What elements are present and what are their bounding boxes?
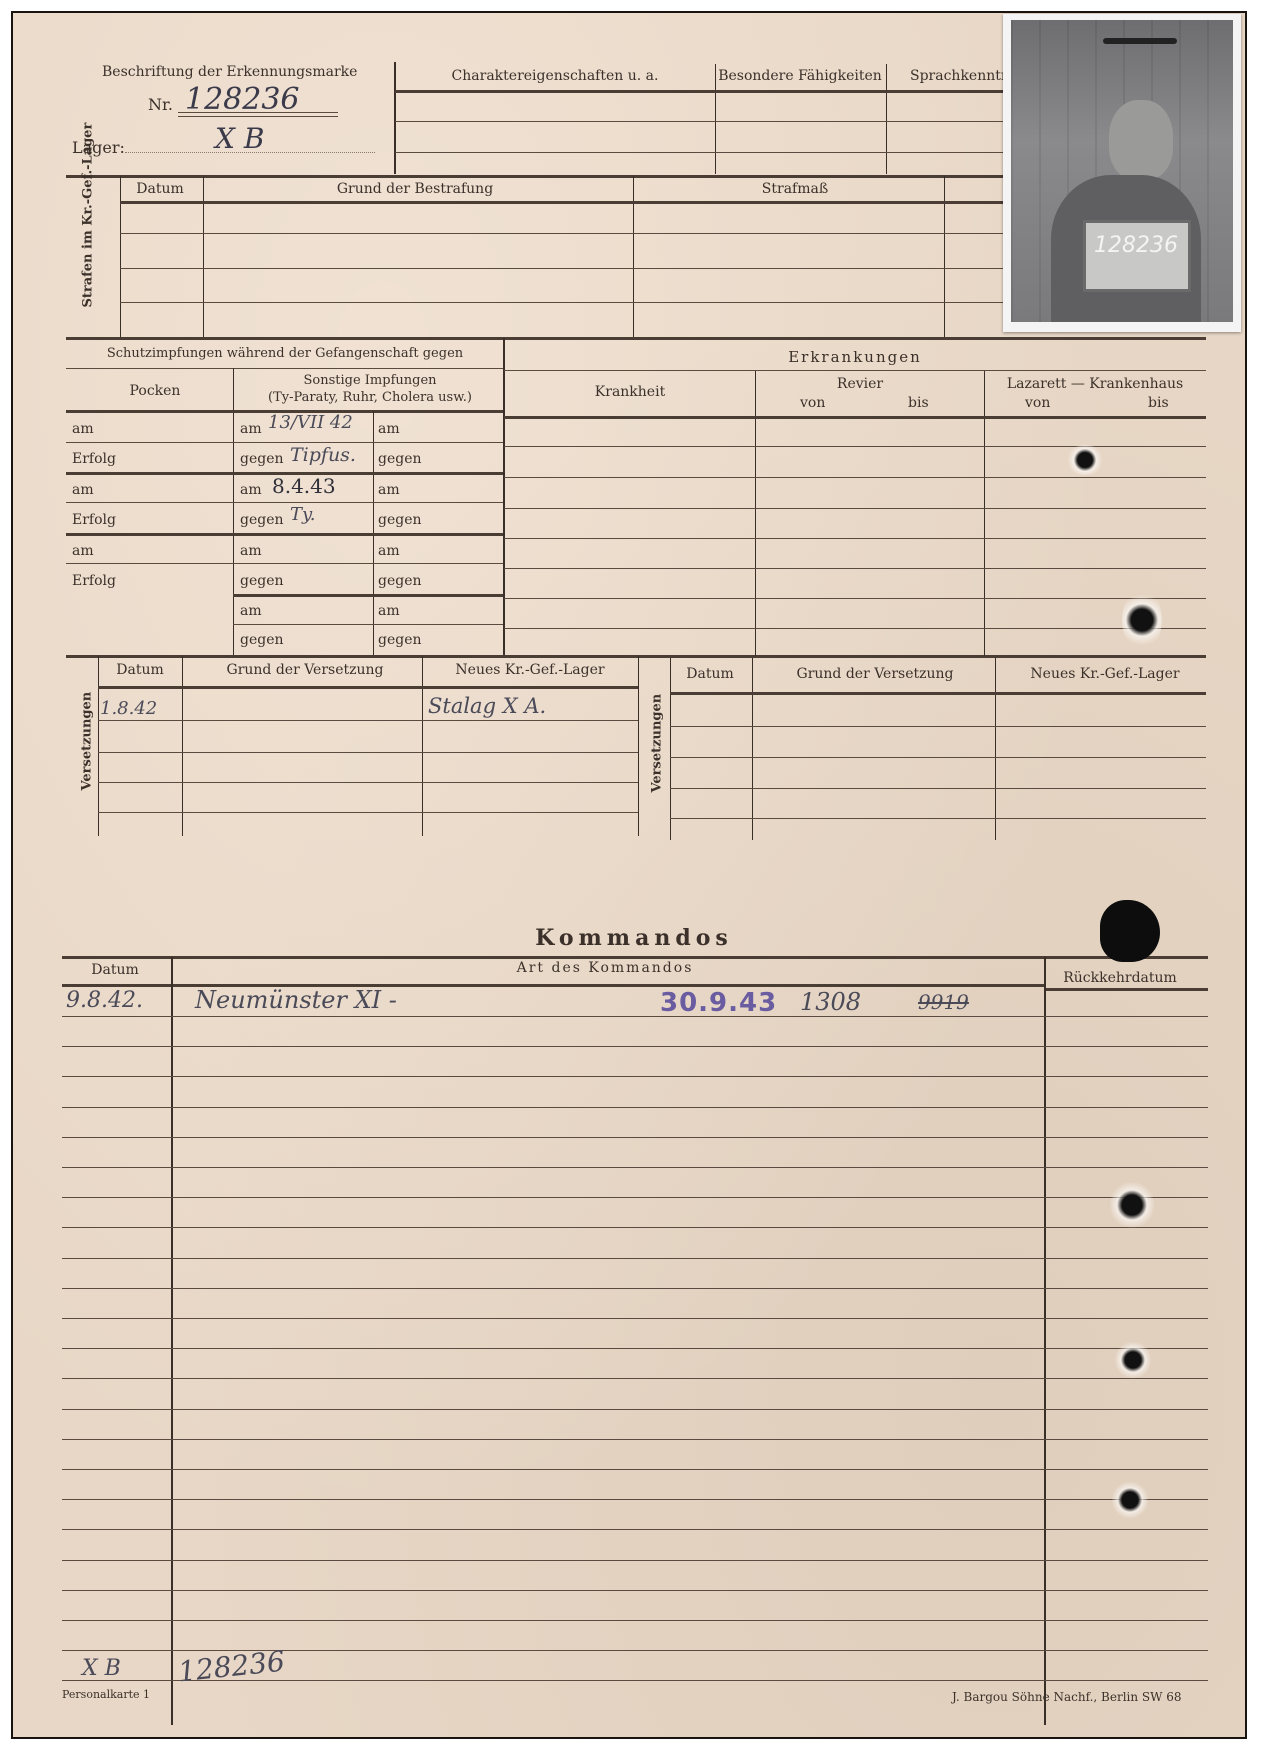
other-label: am xyxy=(378,603,400,619)
other-label: gegen xyxy=(378,451,422,467)
other-label: am xyxy=(378,421,400,437)
pocken-am-2: am xyxy=(72,482,94,498)
transfers-col-datum-2: Datum xyxy=(686,666,734,682)
pocken-erfolg-3: Erfolg xyxy=(72,573,116,589)
lazarett-bis: bis xyxy=(1148,395,1169,411)
col-penalty: Strafmaß xyxy=(762,181,828,197)
transfers-col-reason-2: Grund der Versetzung xyxy=(797,666,954,682)
divider xyxy=(715,64,716,174)
transfers-col-reason: Grund der Versetzung xyxy=(227,662,384,678)
paper-hole xyxy=(1110,1180,1154,1230)
pocken-erfolg-2: Erfolg xyxy=(72,512,116,528)
kommandos-col-date: Datum xyxy=(91,962,139,978)
kommandos-col-type: Art des Kommandos xyxy=(517,960,694,976)
divider xyxy=(503,338,505,656)
row-line xyxy=(120,201,1010,204)
other-value: 13/VII 42 xyxy=(268,412,353,433)
revier-von: von xyxy=(800,395,825,411)
section-line xyxy=(66,337,1206,340)
revier-bis: bis xyxy=(908,395,929,411)
col-abilities: Besondere Fähigkeiten xyxy=(718,68,882,84)
transfers-col-camp-2: Neues Kr.-Gef.-Lager xyxy=(1030,666,1179,682)
photo-image: 128236 xyxy=(1011,20,1233,322)
divider xyxy=(394,62,396,174)
other-value: Tipfus. xyxy=(290,444,356,466)
other-label: gegen xyxy=(240,512,284,528)
row-line xyxy=(120,233,1010,234)
other-value: Ty. xyxy=(290,504,316,525)
other-label: am xyxy=(240,421,262,437)
col-languages: Sprachkenntn xyxy=(910,68,1010,84)
paper-hole xyxy=(1115,1340,1151,1380)
other-label: gegen xyxy=(240,451,284,467)
transfers-col-camp: Neues Kr.-Gef.-Lager xyxy=(455,662,604,678)
other-value: 8.4.43 xyxy=(272,474,336,498)
other-label: gegen xyxy=(378,512,422,528)
door-handle xyxy=(1103,38,1177,44)
transfers-col-datum: Datum xyxy=(116,662,164,678)
row-line xyxy=(395,90,1007,93)
paper-hole xyxy=(1112,1480,1148,1520)
form-name: Personalkarte 1 xyxy=(62,1688,150,1701)
pocken-am-3: am xyxy=(72,543,94,559)
kommando-type: Neumünster XI - xyxy=(195,986,397,1014)
punishments-side-label: Strafen im Kr.-Gef.-Lager xyxy=(81,188,96,308)
other-label: gegen xyxy=(378,573,422,589)
kommando-date: 9.8.42. xyxy=(66,988,143,1013)
col-illness: Krankheit xyxy=(595,384,665,400)
name-sign: 128236 xyxy=(1083,220,1191,292)
sign-number: 128236 xyxy=(1094,233,1178,258)
row-line xyxy=(395,152,1007,153)
row-line xyxy=(120,302,1010,303)
other-label: am xyxy=(240,603,262,619)
nr-underline-2 xyxy=(178,116,338,117)
row-line xyxy=(66,368,503,369)
nr-label: Nr. xyxy=(148,95,173,114)
other-label: am xyxy=(240,543,262,559)
col-pocken: Pocken xyxy=(130,383,181,399)
lager-value: X B xyxy=(215,122,264,155)
other-label: gegen xyxy=(240,573,284,589)
other-label: am xyxy=(378,543,400,559)
pocken-erfolg-1: Erfolg xyxy=(72,451,116,467)
kommandos-col-return: Rückkehrdatum xyxy=(1063,970,1177,986)
paper-hole xyxy=(1065,445,1105,475)
other-label: gegen xyxy=(240,632,284,648)
nr-underline xyxy=(178,112,338,113)
id-tag-title: Beschriftung der Erkennungsmarke xyxy=(102,64,357,80)
col-lazarett: Lazarett — Krankenhaus xyxy=(1007,376,1183,392)
transfers-side-label-left: Versetzungen xyxy=(80,701,95,791)
other-label: am xyxy=(240,482,262,498)
illnesses-title: Erkrankungen xyxy=(788,348,922,366)
col-character: Charaktereigenschaften u. a. xyxy=(452,68,659,84)
section-line xyxy=(66,175,1006,178)
row-line xyxy=(120,268,1010,269)
other-label: gegen xyxy=(378,632,422,648)
printer-imprint: J. Bargou Söhne Nachf., Berlin SW 68 xyxy=(952,1690,1182,1704)
row-line xyxy=(395,121,1007,122)
kommando-number: 1308 xyxy=(800,988,861,1016)
section-line xyxy=(66,655,1206,658)
prisoner-photo: 128236 xyxy=(1003,14,1241,332)
kommandos-title: Kommandos xyxy=(535,925,733,951)
col-revier: Revier xyxy=(837,376,883,392)
head-shape xyxy=(1109,100,1173,180)
other-label: am xyxy=(378,482,400,498)
lazarett-von: von xyxy=(1025,395,1050,411)
col-datum: Datum xyxy=(136,181,184,197)
transfers-side-label-right: Versetzungen xyxy=(650,703,665,793)
col-reason: Grund der Bestrafung xyxy=(337,181,493,197)
kommando-struck-number: 9919 xyxy=(918,990,969,1014)
transfer-camp: Stalag X A. xyxy=(428,694,546,718)
paper-hole xyxy=(1100,900,1160,962)
col-other: Sonstige Impfungen xyxy=(303,373,436,388)
pocken-am-1: am xyxy=(72,421,94,437)
footer-camp: X B xyxy=(82,1656,121,1681)
paper-hole xyxy=(1122,590,1162,650)
divider xyxy=(886,64,887,174)
vaccinations-title: Schutzimpfungen während der Gefangenscha… xyxy=(107,346,463,361)
lager-dotline xyxy=(125,152,375,154)
kommando-stamp: 30.9.43 xyxy=(660,988,777,1018)
transfer-date: 1.8.42 xyxy=(100,698,157,719)
col-other-sub: (Ty-Paraty, Ruhr, Cholera usw.) xyxy=(268,390,472,405)
